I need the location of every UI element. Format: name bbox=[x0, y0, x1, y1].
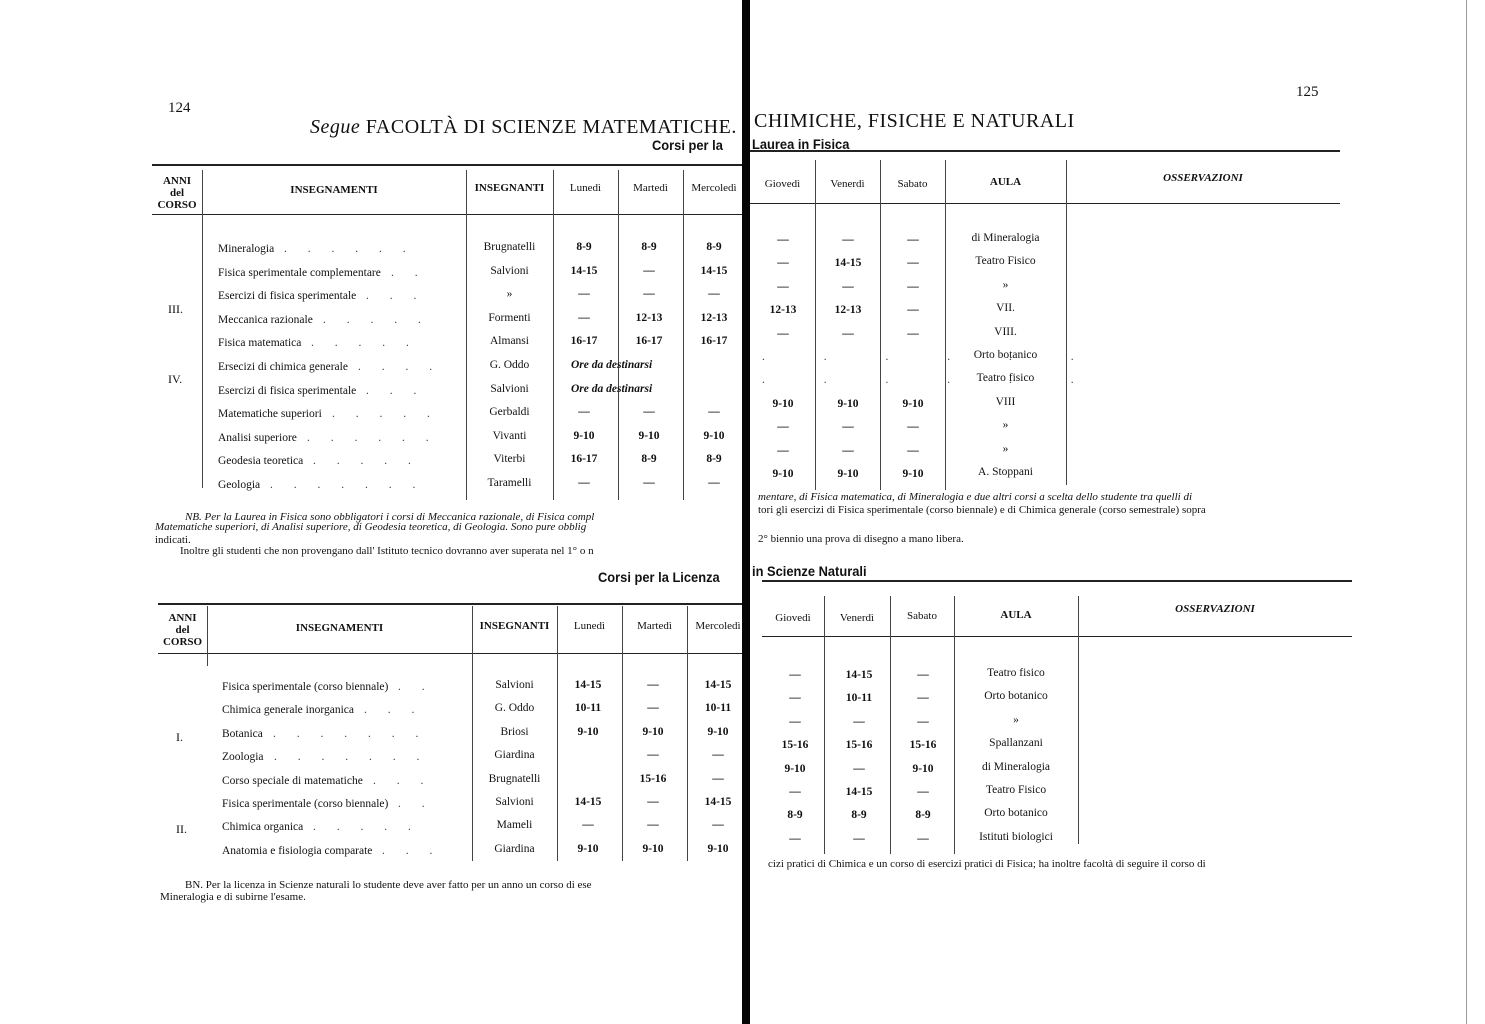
hours-mer: 8-9 bbox=[683, 453, 745, 465]
table-top-rule bbox=[762, 580, 1352, 582]
hours-ven: — bbox=[828, 763, 890, 775]
leader-dots: . . . bbox=[382, 845, 441, 857]
hours-ven: 12-13 bbox=[817, 304, 879, 316]
hours-to-be-assigned: Ore da destinarsi bbox=[571, 383, 652, 395]
column-divider bbox=[202, 170, 203, 488]
teacher-name: Taramelli bbox=[466, 477, 553, 489]
hours-ven: 9-10 bbox=[817, 398, 879, 410]
header-anni-line: del bbox=[158, 624, 207, 636]
header-bottom-rule bbox=[750, 203, 1340, 204]
leader-dots: . . . bbox=[364, 704, 423, 716]
hours-mer: 14-15 bbox=[687, 796, 749, 808]
hours-sab: — bbox=[882, 328, 944, 340]
hours-gio: 9-10 bbox=[752, 468, 814, 480]
hours-gio: — bbox=[764, 786, 826, 798]
hours-sab: 8-9 bbox=[892, 809, 954, 821]
column-divider bbox=[815, 160, 816, 490]
teacher-name: Salvioni bbox=[472, 796, 557, 808]
hours-mar: — bbox=[618, 265, 680, 277]
hours-sab: — bbox=[892, 833, 954, 845]
hours-mer: 14-15 bbox=[683, 265, 745, 277]
hours-lun: — bbox=[553, 288, 615, 300]
leader-dots: . . . . . . . bbox=[274, 751, 428, 763]
teacher-name: Brugnatelli bbox=[466, 241, 553, 253]
hours-sab: 9-10 bbox=[882, 398, 944, 410]
column-divider bbox=[207, 606, 208, 666]
hours-ven: 8-9 bbox=[828, 809, 890, 821]
teacher-name: Salvioni bbox=[466, 265, 553, 277]
year-label: IV. bbox=[168, 372, 182, 387]
teacher-name: G. Oddo bbox=[466, 359, 553, 371]
hours-lun: — bbox=[557, 819, 619, 831]
hours-lun: 14-15 bbox=[557, 679, 619, 691]
column-divider bbox=[880, 160, 881, 490]
hours-ven: 14-15 bbox=[828, 669, 890, 681]
note-line: 2° biennio una prova di disegno a mano l… bbox=[758, 533, 964, 545]
room-name: Istituti biologici bbox=[954, 831, 1078, 843]
course-name: Chimica organica bbox=[222, 821, 303, 833]
leader-dots: . . . . . . . bbox=[270, 479, 424, 491]
header-anni: ANNI del CORSO bbox=[158, 612, 207, 648]
course-name: Chimica generale inorganica bbox=[222, 704, 354, 716]
hours-ven: 14-15 bbox=[828, 786, 890, 798]
header-mercoledi: Mercoledì bbox=[687, 620, 749, 632]
course-name: Fisica sperimentale (corso biennale) bbox=[222, 798, 388, 810]
header-anni-line: CORSO bbox=[152, 199, 202, 211]
hours-lun: 9-10 bbox=[553, 430, 615, 442]
table-top-rule bbox=[158, 603, 742, 605]
hours-mar: — bbox=[622, 679, 684, 691]
header-sabato: Sabato bbox=[880, 178, 945, 190]
teacher-name: Salvioni bbox=[466, 383, 553, 395]
page-title-left: Segue FACOLTÀ DI SCIENZE MATEMATICHE. bbox=[310, 116, 737, 139]
course-name: Fisica matematica bbox=[218, 337, 301, 349]
teacher-name: Mameli bbox=[472, 819, 557, 831]
year-label: III. bbox=[168, 302, 183, 317]
hours-gio: 15-16 bbox=[764, 739, 826, 751]
section-heading-laurea-left: Corsi per la bbox=[652, 137, 723, 153]
note-line: Mineralogia e di subirne l'esame. bbox=[160, 891, 306, 903]
page-number-right: 125 bbox=[1296, 84, 1319, 101]
leader-dots: . . bbox=[398, 798, 434, 810]
header-venerdi: Venerdì bbox=[815, 178, 880, 190]
hours-mar: 16-17 bbox=[618, 335, 680, 347]
leader-dots: . . . . . bbox=[332, 408, 439, 420]
hours-ven: 10-11 bbox=[828, 692, 890, 704]
course-name: Zoologia bbox=[222, 751, 264, 763]
hours-gio: — bbox=[752, 445, 814, 457]
course-name: Matematiche superiori bbox=[218, 408, 322, 420]
column-divider bbox=[1066, 160, 1067, 485]
room-name: » bbox=[954, 714, 1078, 726]
hours-ven: — bbox=[828, 833, 890, 845]
room-name: Teatro Fisico bbox=[945, 255, 1066, 267]
course-name: Ersecizi di chimica generale bbox=[218, 361, 348, 373]
year-label: I. bbox=[176, 730, 183, 745]
leader-dots: . . bbox=[391, 267, 427, 279]
hours-ven: — bbox=[817, 421, 879, 433]
header-anni-line: del bbox=[152, 187, 202, 199]
note-line: cizi pratici di Chimica e un corso di es… bbox=[768, 858, 1206, 870]
header-giovedi: Giovedì bbox=[762, 612, 824, 624]
hours-gio: — bbox=[752, 421, 814, 433]
leader-dots: . . . bbox=[366, 385, 425, 397]
course-name: Fisica sperimentale complementare bbox=[218, 267, 381, 279]
hours-mer: — bbox=[683, 477, 745, 489]
hours-ven: — bbox=[817, 328, 879, 340]
hours-lun: 16-17 bbox=[553, 335, 615, 347]
page-number-left: 124 bbox=[168, 100, 191, 117]
leader-dots: . . bbox=[398, 681, 434, 693]
title-prefix: Segue bbox=[310, 116, 360, 138]
hours-sab: — bbox=[882, 421, 944, 433]
leader-dots: . . . . . bbox=[313, 821, 420, 833]
leader-dots: . . . . bbox=[358, 361, 441, 373]
hours-sab: — bbox=[882, 234, 944, 246]
course-name: Anatomia e fisiologia comparate bbox=[222, 845, 372, 857]
teacher-name: Giardina bbox=[472, 749, 557, 761]
header-lunedi: Lunedì bbox=[553, 182, 618, 194]
hours-mer: 9-10 bbox=[687, 726, 749, 738]
teacher-name: » bbox=[466, 288, 553, 300]
hours-lun: 14-15 bbox=[553, 265, 615, 277]
course-name: Analisi superiore bbox=[218, 432, 297, 444]
room-name: » bbox=[945, 279, 1066, 291]
header-aula: AULA bbox=[945, 176, 1066, 188]
hours-mar: 8-9 bbox=[618, 241, 680, 253]
hours-mar: 12-13 bbox=[618, 312, 680, 324]
leader-dots: . . . . . . . bbox=[273, 728, 427, 740]
hours-sab: 9-10 bbox=[892, 763, 954, 775]
teacher-name: Salvioni bbox=[472, 679, 557, 691]
course-name: Mineralogia bbox=[218, 243, 274, 255]
year-label: II. bbox=[176, 822, 187, 837]
header-bottom-rule bbox=[158, 653, 742, 654]
hours-ven: — bbox=[817, 234, 879, 246]
room-name: A. Stoppani bbox=[945, 466, 1066, 478]
page-title-right: CHIMICHE, FISICHE E NATURALI bbox=[754, 110, 1075, 133]
hours-lun: 14-15 bbox=[557, 796, 619, 808]
hours-gio: — bbox=[764, 833, 826, 845]
room-name: Orto botanico bbox=[954, 690, 1078, 702]
hours-lun: 16-17 bbox=[553, 453, 615, 465]
note-line: Inoltre gli studenti che non provengano … bbox=[180, 545, 594, 557]
hours-gio: — bbox=[752, 234, 814, 246]
room-name: VIII bbox=[945, 396, 1066, 408]
room-name: VII. bbox=[945, 302, 1066, 314]
header-anni-line: CORSO bbox=[158, 636, 207, 648]
hours-mar: 15-16 bbox=[622, 773, 684, 785]
hours-mer: — bbox=[683, 406, 745, 418]
teacher-name: Almansi bbox=[466, 335, 553, 347]
course-name: Fisica sperimentale (corso biennale) bbox=[222, 681, 388, 693]
teacher-name: Viterbi bbox=[466, 453, 553, 465]
header-insegnamenti: INSEGNAMENTI bbox=[202, 184, 466, 196]
table-top-rule bbox=[152, 164, 742, 166]
hours-lun: 8-9 bbox=[553, 241, 615, 253]
column-divider bbox=[1078, 596, 1079, 844]
course-name: Corso speciale di matematiche bbox=[222, 775, 363, 787]
hours-gio: — bbox=[764, 692, 826, 704]
header-anni-line: ANNI bbox=[158, 612, 207, 624]
hours-ven: 15-16 bbox=[828, 739, 890, 751]
hours-sab: — bbox=[892, 692, 954, 704]
room-name: Spallanzani bbox=[954, 737, 1078, 749]
course-name: Geodesia teoretica bbox=[218, 455, 303, 467]
header-insegnamenti: INSEGNAMENTI bbox=[207, 622, 472, 634]
hours-lun: 9-10 bbox=[557, 726, 619, 738]
hours-mer: 8-9 bbox=[683, 241, 745, 253]
hours-mar: — bbox=[622, 702, 684, 714]
hours-ven: — bbox=[817, 281, 879, 293]
hours-mar: 9-10 bbox=[622, 726, 684, 738]
note-line: BN. Per la licenza in Scienze naturali l… bbox=[185, 879, 592, 891]
room-name: Teatro fisico bbox=[954, 667, 1078, 679]
header-bottom-rule bbox=[152, 214, 742, 215]
hours-ven: 14-15 bbox=[817, 257, 879, 269]
column-divider bbox=[890, 596, 891, 854]
header-mercoledi: Mercoledì bbox=[683, 182, 745, 194]
hours-mar: — bbox=[618, 477, 680, 489]
teacher-name: Briosi bbox=[472, 726, 557, 738]
course-name: Meccanica razionale bbox=[218, 314, 313, 326]
hours-mer: 12-13 bbox=[683, 312, 745, 324]
leader-dots: . . . . . . bbox=[284, 243, 415, 255]
hours-to-be-assigned: Ore da destinarsi bbox=[571, 359, 652, 371]
section-heading-licenza-right: in Scienze Naturali bbox=[752, 563, 867, 579]
hours-lun: — bbox=[553, 406, 615, 418]
header-venerdi: Venerdì bbox=[824, 612, 890, 624]
hours-sab: — bbox=[882, 445, 944, 457]
hours-sab: — bbox=[892, 669, 954, 681]
course-name: Esercizi di fisica sperimentale bbox=[218, 385, 356, 397]
hours-mar: — bbox=[622, 796, 684, 808]
header-martedi: Martedì bbox=[618, 182, 683, 194]
header-aula: AULA bbox=[954, 609, 1078, 621]
leader-dots: . . . . . bbox=[313, 455, 420, 467]
hours-gio: — bbox=[752, 257, 814, 269]
hours-mar: 8-9 bbox=[618, 453, 680, 465]
hours-gio: — bbox=[764, 669, 826, 681]
hours-mar: 9-10 bbox=[622, 843, 684, 855]
room-name: Teatro Fisico bbox=[954, 784, 1078, 796]
title-left-text: FACOLTÀ DI SCIENZE MATEMATICHE. bbox=[366, 116, 737, 138]
header-martedi: Martedì bbox=[622, 620, 687, 632]
room-name: di Mineralogia bbox=[954, 761, 1078, 773]
header-insegnanti: INSEGNANTI bbox=[466, 182, 553, 194]
teacher-name: Giardina bbox=[472, 843, 557, 855]
hours-ven: — bbox=[828, 716, 890, 728]
teacher-name: Brugnatelli bbox=[472, 773, 557, 785]
hours-mer: — bbox=[687, 773, 749, 785]
hours-lun: 10-11 bbox=[557, 702, 619, 714]
room-name: di Mineralogia bbox=[945, 232, 1066, 244]
hours-mer: — bbox=[683, 288, 745, 300]
room-name: » bbox=[945, 419, 1066, 431]
header-osservazioni: OSSERVAZIONI bbox=[1078, 603, 1352, 615]
course-name: Geologia bbox=[218, 479, 260, 491]
room-name: VIII. bbox=[945, 326, 1066, 338]
leader-dots: . . . . . bbox=[323, 314, 430, 326]
leader-dots: . . . bbox=[366, 290, 425, 302]
hours-lun: — bbox=[553, 312, 615, 324]
hours-sab: — bbox=[882, 257, 944, 269]
header-anni-line: ANNI bbox=[152, 175, 202, 187]
hours-sab: 9-10 bbox=[882, 468, 944, 480]
hours-gio: 12-13 bbox=[752, 304, 814, 316]
course-name: Esercizi di fisica sperimentale bbox=[218, 290, 356, 302]
teacher-name: Formenti bbox=[466, 312, 553, 324]
hours-gio: 9-10 bbox=[764, 763, 826, 775]
teacher-name: Gerbaldi bbox=[466, 406, 553, 418]
hours-mer: — bbox=[687, 819, 749, 831]
hours-sab: 15-16 bbox=[892, 739, 954, 751]
hours-mer: 16-17 bbox=[683, 335, 745, 347]
header-osservazioni: OSSERVAZIONI bbox=[1066, 172, 1340, 184]
hours-mer: 14-15 bbox=[687, 679, 749, 691]
note-line: Matematiche superiori, di Analisi superi… bbox=[155, 521, 586, 533]
hours-ven: — bbox=[817, 445, 879, 457]
hours-gio: — bbox=[752, 281, 814, 293]
section-heading-licenza-left: Corsi per la Licenza bbox=[598, 569, 720, 585]
header-lunedi: Lunedì bbox=[557, 620, 622, 632]
hours-mar: — bbox=[622, 749, 684, 761]
room-name: Teatro fisico bbox=[945, 372, 1066, 384]
note-line: mentare, di Fisica matematica, di Minera… bbox=[758, 491, 1192, 503]
header-anni: ANNI del CORSO bbox=[152, 175, 202, 211]
header-bottom-rule bbox=[762, 636, 1352, 637]
header-sabato: Sabato bbox=[890, 610, 954, 622]
book-gutter bbox=[742, 0, 750, 1024]
hours-sab: — bbox=[892, 716, 954, 728]
hours-mer: 9-10 bbox=[687, 843, 749, 855]
teacher-name: Vivanti bbox=[466, 430, 553, 442]
hours-mer: 9-10 bbox=[683, 430, 745, 442]
hours-sab: — bbox=[882, 281, 944, 293]
room-name: Orto botanico bbox=[945, 349, 1066, 361]
note-line: tori gli esercizi di Fisica sperimentale… bbox=[758, 504, 1206, 516]
course-name: Botanica bbox=[222, 728, 263, 740]
hours-mar: — bbox=[622, 819, 684, 831]
leader-dots: . . . . . . bbox=[307, 432, 438, 444]
header-giovedi: Giovedì bbox=[750, 178, 815, 190]
leader-dots: . . . bbox=[373, 775, 432, 787]
hours-gio: — bbox=[764, 716, 826, 728]
hours-mar: 9-10 bbox=[618, 430, 680, 442]
hours-sab: — bbox=[892, 786, 954, 798]
hours-ven: 9-10 bbox=[817, 468, 879, 480]
hours-lun: — bbox=[553, 477, 615, 489]
room-name: » bbox=[945, 443, 1066, 455]
room-name: Orto botanico bbox=[954, 807, 1078, 819]
teacher-name: G. Oddo bbox=[472, 702, 557, 714]
header-insegnanti: INSEGNANTI bbox=[472, 620, 557, 632]
hours-gio: 8-9 bbox=[764, 809, 826, 821]
hours-mer: — bbox=[687, 749, 749, 761]
hours-sab: — bbox=[882, 304, 944, 316]
leader-dots: . . . . . bbox=[311, 337, 418, 349]
hours-mer: 10-11 bbox=[687, 702, 749, 714]
hours-mar: — bbox=[618, 406, 680, 418]
hours-gio: 9-10 bbox=[752, 398, 814, 410]
page-edge bbox=[1466, 0, 1467, 1024]
hours-mar: — bbox=[618, 288, 680, 300]
table-top-rule bbox=[750, 150, 1340, 152]
hours-gio: — bbox=[752, 328, 814, 340]
hours-lun: 9-10 bbox=[557, 843, 619, 855]
